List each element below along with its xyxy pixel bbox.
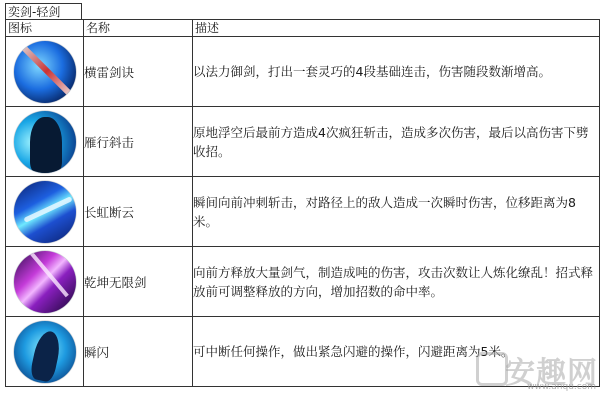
sword-lightning-icon: [14, 41, 76, 103]
skill-name: 乾坤无限剑: [84, 247, 193, 317]
skill-description: 以法力御剑，打出一套灵巧的4段基础连击，伤害随段数渐增高。: [193, 37, 600, 107]
dodge-flash-icon: [14, 321, 76, 383]
section-title: 奕剑-轻剑: [5, 3, 82, 19]
icon-cell: [6, 107, 84, 177]
icon-cell: [6, 177, 84, 247]
sword-rain-icon: [14, 251, 76, 313]
header-icon: 图标: [6, 20, 84, 37]
table-row: 乾坤无限剑 向前方释放大量剑气，制造成吨的伤害，攻击次数让人炼化缭乱！招式释放前…: [6, 247, 600, 317]
table-row: 瞬闪 可中断任何操作，做出紧急闪避的操作，闪避距离为5米。: [6, 317, 600, 387]
table-row: 长虹断云 瞬间向前冲刺斩击，对路径上的敌人造成一次瞬时伤害，位移距离为8米。: [6, 177, 600, 247]
table-row: 横雷剑诀 以法力御剑，打出一套灵巧的4段基础连击，伤害随段数渐增高。: [6, 37, 600, 107]
skill-description: 可中断任何操作，做出紧急闪避的操作，闪避距离为5米。: [193, 317, 600, 387]
skill-name: 雁行斜击: [84, 107, 193, 177]
icon-cell: [6, 37, 84, 107]
icon-cell: [6, 247, 84, 317]
skills-table: 图标 名称 描述 横雷剑诀 以法力御剑，打出一套灵巧的4段基础连击，伤害随段数渐…: [5, 19, 600, 387]
table-row: 雁行斜击 原地浮空后最前方造成4次疯狂斩击，造成多次伤害，最后以高伤害下劈收招。: [6, 107, 600, 177]
header-name: 名称: [84, 20, 193, 37]
skill-description: 原地浮空后最前方造成4次疯狂斩击，造成多次伤害，最后以高伤害下劈收招。: [193, 107, 600, 177]
dash-slash-icon: [14, 181, 76, 243]
header-description: 描述: [193, 20, 600, 37]
skill-description: 瞬间向前冲刺斩击，对路径上的敌人造成一次瞬时伤害，位移距离为8米。: [193, 177, 600, 247]
table-header-row: 图标 名称 描述: [6, 20, 600, 37]
skill-name: 横雷剑诀: [84, 37, 193, 107]
warrior-silhouette-icon: [14, 111, 76, 173]
skill-name: 长虹断云: [84, 177, 193, 247]
skill-name: 瞬闪: [84, 317, 193, 387]
icon-cell: [6, 317, 84, 387]
skill-description: 向前方释放大量剑气，制造成吨的伤害，攻击次数让人炼化缭乱！招式释放前可调整释放的…: [193, 247, 600, 317]
